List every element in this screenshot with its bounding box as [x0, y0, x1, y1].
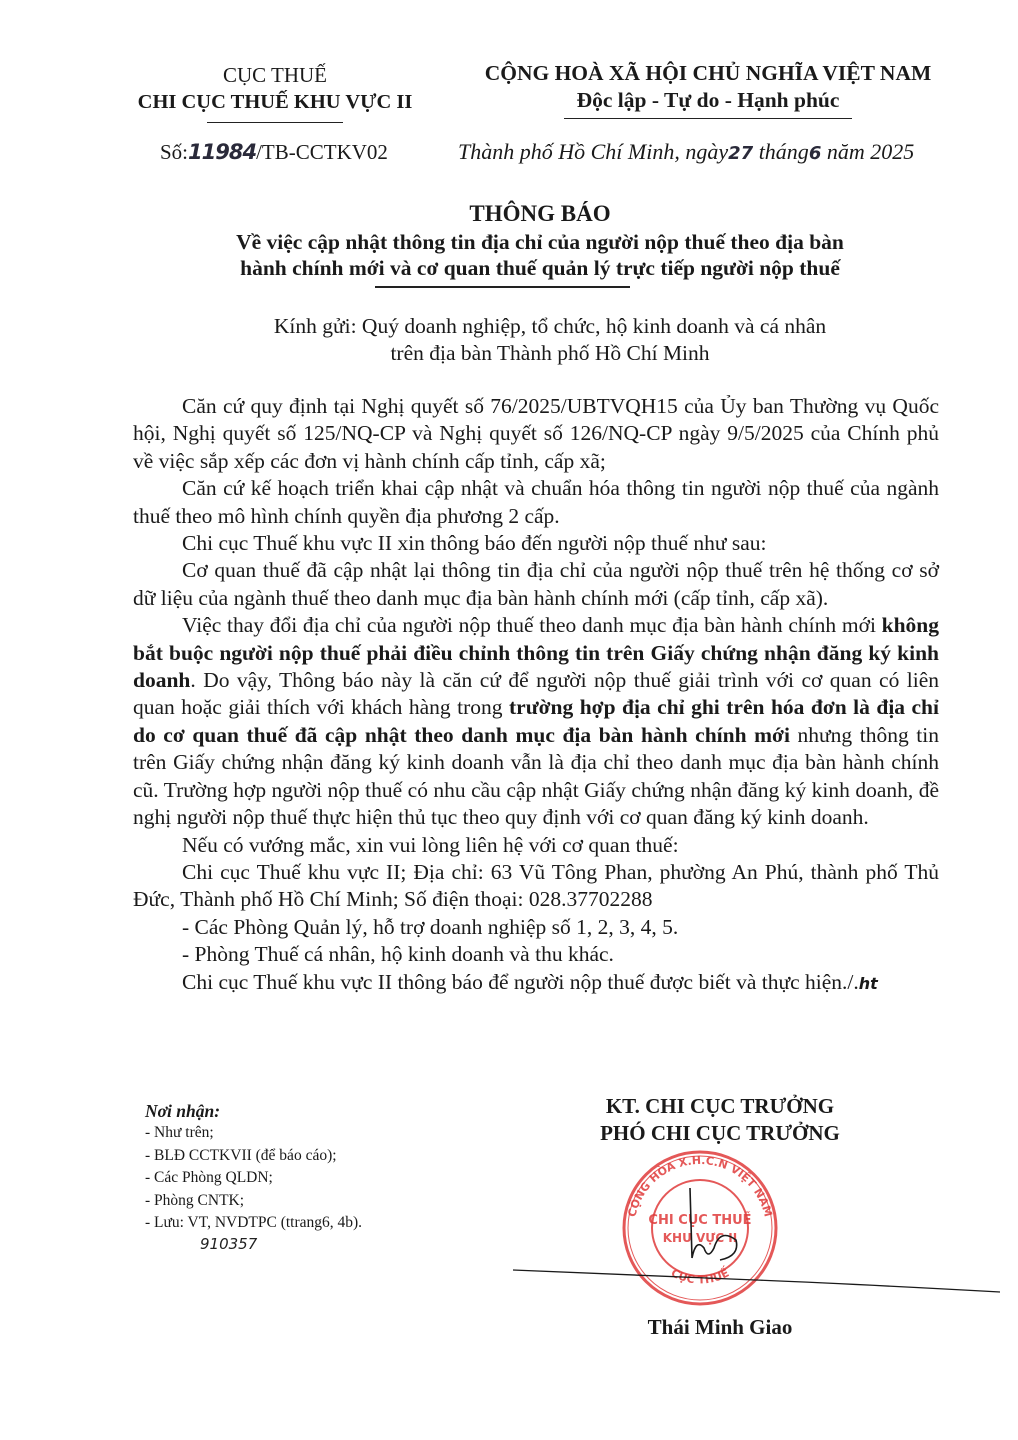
- contact-department: - Các Phòng Quản lý, hỗ trợ doanh nghiệp…: [133, 914, 939, 941]
- svg-text:CỘNG HÒA X.H.C.N VIỆT NAM: CỘNG HÒA X.H.C.N VIỆT NAM: [625, 1154, 774, 1218]
- month-handwritten: 6: [809, 143, 822, 164]
- body-paragraph: Nếu có vướng mắc, xin vui lòng liên hệ v…: [133, 832, 939, 859]
- body-paragraph-emphasis: Việc thay đổi địa chỉ của người nộp thuế…: [133, 612, 939, 831]
- day-handwritten: 27: [728, 143, 753, 164]
- body-paragraph: Cơ quan thuế đã cập nhật lại thông tin đ…: [133, 557, 939, 612]
- body-paragraph: Căn cứ quy định tại Nghị quyết số 76/202…: [133, 393, 939, 475]
- date-prefix: Thành phố Hồ Chí Minh, ngày: [458, 139, 728, 164]
- distribution-list: Nơi nhận: - Như trên; - BLĐ CCTKVII (để …: [145, 1100, 465, 1253]
- contact-department: - Phòng Thuế cá nhân, hộ kinh doanh và t…: [133, 941, 939, 968]
- signature-title-block: KT. CHI CỤC TRƯỞNG PHÓ CHI CỤC TRƯỞNG: [540, 1093, 900, 1147]
- closing-paragraph: Chi cục Thuế khu vực II thông báo để ngư…: [133, 969, 939, 997]
- text-run: Việc thay đổi địa chỉ của người nộp thuế…: [182, 613, 882, 637]
- document-number: Số:11984/TB-CCTKV02: [160, 140, 388, 165]
- handwritten-code: 910357: [200, 1235, 465, 1253]
- signature-stroke: [505, 1262, 1005, 1302]
- distribution-item: - Như trên;: [145, 1122, 465, 1145]
- notice-body: Căn cứ quy định tại Nghị quyết số 76/202…: [133, 393, 939, 997]
- year-text: năm 2025: [827, 139, 914, 164]
- body-paragraph: Chi cục Thuế khu vực II xin thông báo đế…: [133, 530, 939, 557]
- national-header-block: CỘNG HOÀ XÃ HỘI CHỦ NGHĨA VIỆT NAM Độc l…: [460, 60, 956, 119]
- distribution-item: - Lưu: VT, NVDTPC (ttrang6, 4b).: [145, 1212, 465, 1235]
- doc-no-label: Số:: [160, 140, 188, 164]
- notice-title-block: THÔNG BÁO Về việc cập nhật thông tin địa…: [180, 199, 900, 288]
- notice-heading: THÔNG BÁO: [180, 199, 900, 229]
- signer-name: Thái Minh Giao: [540, 1315, 900, 1340]
- contact-address: Chi cục Thuế khu vực II; Địa chỉ: 63 Vũ …: [133, 859, 939, 914]
- distribution-item: - Phòng CNTK;: [145, 1190, 465, 1213]
- notice-subject-line-1: Về việc cập nhật thông tin địa chỉ của n…: [180, 229, 900, 255]
- date-line: Thành phố Hồ Chí Minh, ngày27 tháng6 năm…: [458, 139, 914, 165]
- distribution-heading: Nơi nhận:: [145, 1100, 465, 1122]
- signatory-title-2: PHÓ CHI CỤC TRƯỞNG: [540, 1120, 900, 1147]
- month-label: tháng: [759, 139, 809, 164]
- sub-agency-name: CHI CỤC THUẾ KHU VỰC II: [110, 89, 440, 116]
- national-motto: Độc lập - Tự do - Hạnh phúc: [460, 87, 956, 114]
- doc-no-suffix: /TB-CCTKV02: [256, 140, 388, 164]
- addressees: Kính gửi: Quý doanh nghiệp, tổ chức, hộ …: [200, 313, 900, 367]
- distribution-item: - Các Phòng QLDN;: [145, 1167, 465, 1190]
- country-name: CỘNG HOÀ XÃ HỘI CHỦ NGHĨA VIỆT NAM: [460, 60, 956, 87]
- closing-text: Chi cục Thuế khu vực II thông báo để ngư…: [182, 970, 859, 994]
- agency-underline: [207, 122, 343, 123]
- addressee-line-1: Kính gửi: Quý doanh nghiệp, tổ chức, hộ …: [200, 313, 900, 340]
- addressee-line-2: trên địa bàn Thành phố Hồ Chí Minh: [200, 340, 900, 367]
- motto-underline: [564, 118, 852, 119]
- agency-name: CỤC THUẾ: [110, 62, 440, 89]
- body-paragraph: Căn cứ kế hoạch triển khai cập nhật và c…: [133, 475, 939, 530]
- handwritten-initials: ht: [859, 974, 878, 993]
- notice-subject-line-2: hành chính mới và cơ quan thuế quản lý t…: [180, 255, 900, 281]
- distribution-item: - BLĐ CCTKVII (để báo cáo);: [145, 1145, 465, 1168]
- doc-no-handwritten: 11984: [188, 140, 256, 164]
- svg-text:CHI CỤC THUẾ: CHI CỤC THUẾ: [648, 1211, 751, 1228]
- svg-text:KHU VỰC II: KHU VỰC II: [663, 1231, 738, 1245]
- signatory-title-1: KT. CHI CỤC TRƯỞNG: [540, 1093, 900, 1120]
- title-underline: [375, 286, 630, 288]
- issuing-agency-block: CỤC THUẾ CHI CỤC THUẾ KHU VỰC II: [110, 62, 440, 123]
